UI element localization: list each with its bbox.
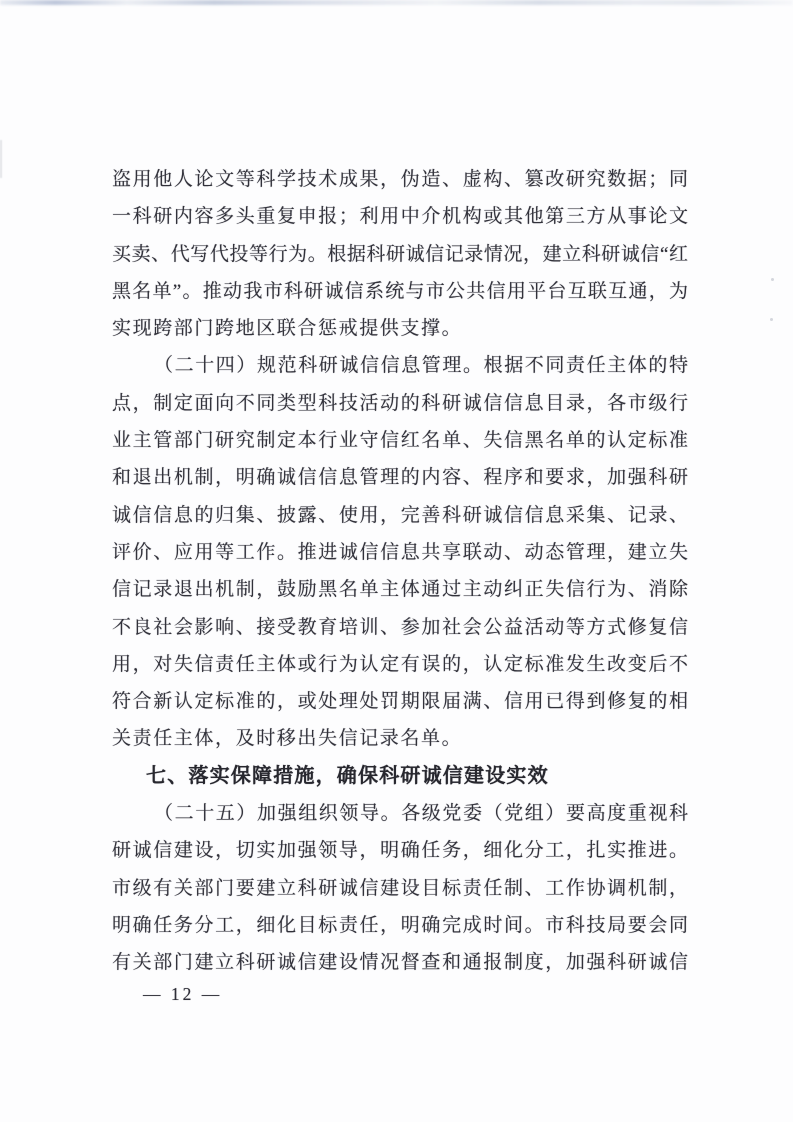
scan-artifact-top-edge	[0, 0, 793, 5]
text-line: 关责任主体，及时移出失信记录名单。	[112, 720, 688, 757]
text-line: 实现跨部门跨地区联合惩戒提供支撑。	[112, 310, 688, 347]
scan-artifact-left-edge	[0, 140, 2, 178]
scan-speck	[770, 318, 773, 321]
text-line: 和退出机制，明确诚信信息管理的内容、程序和要求，加强科研	[112, 459, 688, 496]
text-line: 市级有关部门要建立科研诚信建设目标责任制、工作协调机制，	[112, 870, 688, 907]
scan-speck	[771, 278, 774, 281]
paragraph: （二十四）规范科研诚信信息管理。根据不同责任主体的特点，制定面向不同类型科技活动…	[112, 347, 688, 757]
section-heading: 七、落实保障措施，确保科研诚信建设实效	[112, 758, 688, 795]
text-line: 研诚信建设，切实加强领导，明确任务，细化分工，扎实推进。	[112, 832, 688, 869]
text-line: 信记录退出机制，鼓励黑名单主体通过主动纠正失信行为、消除	[112, 571, 688, 608]
text-line: 诚信信息的归集、披露、使用，完善科研诚信信息采集、记录、	[112, 497, 688, 534]
text-line: （二十四）规范科研诚信信息管理。根据不同责任主体的特	[112, 347, 688, 384]
text-line: 用，对失信责任主体或行为认定有误的，认定标准发生改变后不	[112, 646, 688, 683]
text-line: 黑名单”。推动我市科研诚信系统与市公共信用平台互联互通，为	[112, 273, 688, 310]
text-block: 盗用他人论文等科学技术成果，伪造、虚构、篡改研究数据；同一科研内容多头重复申报；…	[112, 161, 688, 982]
text-line: 业主管部门研究制定本行业守信红名单、失信黑名单的认定标准	[112, 422, 688, 459]
text-line: （二十五）加强组织领导。各级党委（党组）要高度重视科	[112, 795, 688, 832]
text-line: 有关部门建立科研诚信建设情况督查和通报制度，加强科研诚信	[112, 944, 688, 981]
text-line: 明确任务分工，细化目标责任，明确完成时间。市科技局要会同	[112, 907, 688, 944]
text-line: 点，制定面向不同类型科技活动的科研诚信信息目录，各市级行	[112, 385, 688, 422]
document-page: 盗用他人论文等科学技术成果，伪造、虚构、篡改研究数据；同一科研内容多头重复申报；…	[0, 0, 793, 1122]
text-line: 买卖、代写代投等行为。根据科研诚信记录情况，建立科研诚信“红	[112, 236, 688, 273]
paragraph: 盗用他人论文等科学技术成果，伪造、虚构、篡改研究数据；同一科研内容多头重复申报；…	[112, 161, 688, 347]
text-line: 一科研内容多头重复申报；利用中介机构或其他第三方从事论文	[112, 198, 688, 235]
text-line: 评价、应用等工作。推进诚信信息共享联动、动态管理，建立失	[112, 534, 688, 571]
paragraph: （二十五）加强组织领导。各级党委（党组）要高度重视科研诚信建设，切实加强领导，明…	[112, 795, 688, 981]
text-line: 不良社会影响、接受教育培训、参加社会公益活动等方式修复信	[112, 609, 688, 646]
heading-line: 七、落实保障措施，确保科研诚信建设实效	[112, 758, 688, 795]
page-number: — 12 —	[143, 984, 222, 1005]
text-line: 盗用他人论文等科学技术成果，伪造、虚构、篡改研究数据；同	[112, 161, 688, 198]
text-line: 符合新认定标准的，或处理处罚期限届满、信用已得到修复的相	[112, 683, 688, 720]
